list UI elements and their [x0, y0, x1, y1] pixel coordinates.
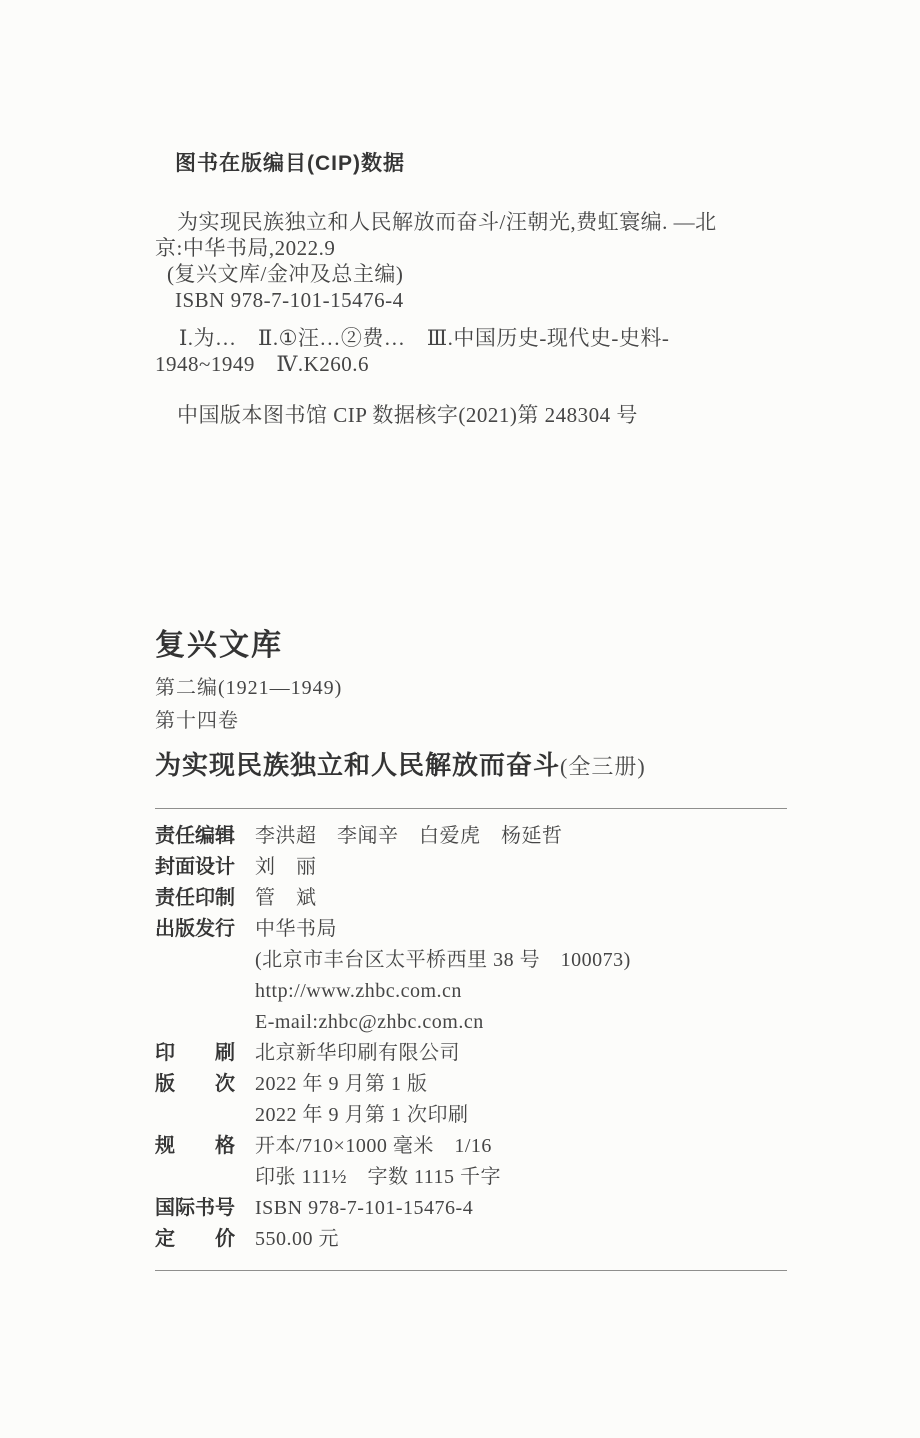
colophon-label: 印 刷	[155, 1038, 255, 1069]
colophon-value: 中华书局	[255, 914, 337, 945]
colophon-row: 版 次 2022 年 9 月第 1 版	[155, 1069, 795, 1100]
colophon-label: 规 格	[155, 1131, 255, 1162]
divider-rule-top	[155, 808, 787, 809]
colophon-table: 责任编辑 李洪超 李闻辛 白爱虎 杨延哲 封面设计 刘 丽 责任印制 管 斌 出…	[155, 821, 795, 1255]
publisher-address: (北京市丰台区太平桥西里 38 号 100073)	[255, 945, 631, 976]
cip-classification: Ⅰ.为… Ⅱ.①汪…②费… Ⅲ.中国历史-现代史-史料- 1948~1949 Ⅳ…	[155, 325, 791, 377]
cip-heading: 图书在版编目(CIP)数据	[175, 151, 791, 177]
colophon-row: 出版发行 中华书局	[155, 914, 795, 945]
cip-entry: 为实现民族独立和人民解放而奋斗/汪朝光,费虹寰编. —北 京:中华书局,2022…	[155, 209, 791, 313]
publisher-email: E-mail:zhbc@zhbc.com.cn	[255, 1007, 484, 1038]
colophon-value: 管 斌	[255, 883, 317, 914]
colophon-row: 印张 111½ 字数 1115 千字	[155, 1162, 795, 1193]
cip-registry-number: 中国版本图书馆 CIP 数据核字(2021)第 248304 号	[155, 402, 791, 428]
colophon-label: 国际书号	[155, 1193, 255, 1224]
cip-classification-line: Ⅰ.为… Ⅱ.①汪…②费… Ⅲ.中国历史-现代史-史料-	[155, 325, 791, 351]
colophon-value: 李洪超 李闻辛 白爱虎 杨延哲	[255, 821, 563, 852]
colophon-row: 定 价 550.00 元	[155, 1224, 795, 1255]
series-edition: 第二编(1921—1949)	[155, 676, 791, 700]
book-title-line: 为实现民族独立和人民解放而奋斗(全三册)	[155, 749, 791, 781]
colophon-label: 定 价	[155, 1224, 255, 1255]
colophon-row: 责任印制 管 斌	[155, 883, 795, 914]
colophon-value: 刘 丽	[255, 852, 317, 883]
price-value: 550.00 元	[255, 1224, 339, 1255]
book-title-suffix: (全三册)	[560, 754, 646, 779]
cip-section: 图书在版编目(CIP)数据 为实现民族独立和人民解放而奋斗/汪朝光,费虹寰编. …	[155, 151, 791, 428]
colophon-row: 规 格 开本/710×1000 毫米 1/16	[155, 1131, 795, 1162]
cip-classification-line: 1948~1949 Ⅳ.K260.6	[155, 351, 791, 377]
isbn-value: ISBN 978-7-101-15476-4	[255, 1193, 473, 1224]
colophon-value: 2022 年 9 月第 1 版	[255, 1069, 428, 1100]
colophon-row: 印 刷 北京新华印刷有限公司	[155, 1038, 795, 1069]
colophon-value: 2022 年 9 月第 1 次印刷	[255, 1100, 469, 1131]
colophon-label: 责任编辑	[155, 821, 255, 852]
colophon-row: 国际书号 ISBN 978-7-101-15476-4	[155, 1193, 795, 1224]
colophon-label: 出版发行	[155, 914, 255, 945]
series-title: 复兴文库	[155, 628, 791, 664]
colophon-row: 封面设计 刘 丽	[155, 852, 795, 883]
colophon-row: 2022 年 9 月第 1 次印刷	[155, 1100, 795, 1131]
colophon-label: 版 次	[155, 1069, 255, 1100]
book-copyright-page: 图书在版编目(CIP)数据 为实现民族独立和人民解放而奋斗/汪朝光,费虹寰编. …	[0, 0, 920, 1438]
colophon-value: 开本/710×1000 毫米 1/16	[255, 1131, 492, 1162]
cip-entry-line: 京:中华书局,2022.9	[155, 235, 791, 261]
divider-rule-bottom	[155, 1270, 787, 1271]
colophon-row: E-mail:zhbc@zhbc.com.cn	[155, 1007, 795, 1038]
title-block: 复兴文库 第二编(1921—1949) 第十四卷 为实现民族独立和人民解放而奋斗…	[155, 628, 791, 781]
series-volume: 第十四卷	[155, 709, 791, 733]
colophon-label: 封面设计	[155, 852, 255, 883]
colophon-value: 印张 111½ 字数 1115 千字	[255, 1162, 501, 1193]
colophon-label: 责任印制	[155, 883, 255, 914]
book-title: 为实现民族独立和人民解放而奋斗	[155, 750, 560, 780]
publisher-url: http://www.zhbc.com.cn	[255, 976, 462, 1007]
colophon-value: 北京新华印刷有限公司	[255, 1038, 460, 1069]
colophon-row: http://www.zhbc.com.cn	[155, 976, 795, 1007]
colophon-row: (北京市丰台区太平桥西里 38 号 100073)	[155, 945, 795, 976]
colophon-row: 责任编辑 李洪超 李闻辛 白爱虎 杨延哲	[155, 821, 795, 852]
cip-series-note: (复兴文库/金冲及总主编)	[155, 261, 791, 287]
cip-entry-line: 为实现民族独立和人民解放而奋斗/汪朝光,费虹寰编. —北	[155, 209, 791, 235]
cip-isbn: ISBN 978-7-101-15476-4	[155, 287, 791, 313]
